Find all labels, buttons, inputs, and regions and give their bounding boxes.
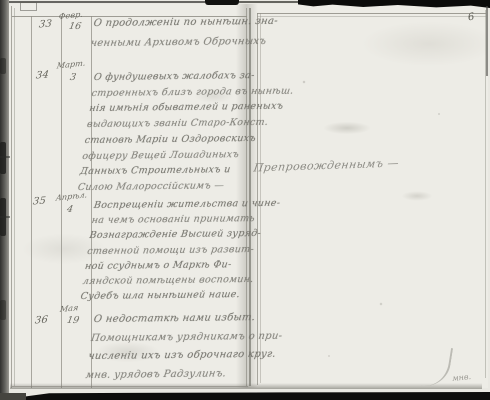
entry-text: Воспрещеніи жительства и чине-на чемъ ос…: [79, 196, 281, 305]
gutter-smudge: [0, 58, 6, 74]
gutter-smudge: [0, 142, 6, 174]
column-rule-2: [61, 16, 62, 388]
handwritten-line: численіи ихъ изъ оброчнаго круг.: [87, 346, 281, 367]
entry-number: 34: [35, 70, 49, 82]
binding-gutter-strip: [0, 0, 9, 400]
handwritten-line: мнв. урядовъ Радзулинъ.: [84, 364, 278, 385]
scan-right-edge: [486, 6, 488, 76]
left-page-edge-line-2: [14, 8, 15, 386]
handwritten-line: ченными Архивомъ Оброчныхъ: [89, 32, 276, 54]
handwritten-line: О продолженіи по нынѣшн. зна-: [92, 12, 279, 34]
scan-top-blot: [205, 0, 239, 5]
entry-date-day: 16: [68, 21, 82, 32]
handwritten-line: О недостаткѣ нами избыт.: [92, 309, 286, 330]
corner-stamp-mark: [20, 2, 37, 11]
entry-number: 33: [38, 19, 52, 31]
entry-text: О фундушевыхъ жалобахъ за-строенныхъ бли…: [77, 68, 297, 196]
scanned-archival-register: 6 33 Февр. 16 О продолженіи по нынѣшн. з…: [0, 0, 490, 400]
right-page-top-rule: [257, 13, 486, 14]
scan-top-edge: [239, 1, 300, 3]
gutter-tick: [0, 156, 10, 158]
entry-text: О продолженіи по нынѣшн. зна-ченными Арх…: [89, 12, 279, 54]
scan-bottom-edge-bar: [26, 392, 490, 400]
entry-text: О недостаткѣ нами избыт.Помощникамъ уряд…: [84, 309, 286, 386]
entry-date-day: 19: [66, 315, 80, 326]
scan-bottom-edge: [0, 393, 26, 400]
entry-number: 35: [32, 196, 46, 208]
right-page-top-rule-2: [257, 16, 486, 17]
handwritten-line: Помощникамъ урядникамъ о при-: [90, 327, 284, 348]
left-page-edge-line: [11, 6, 12, 388]
gutter-tick: [0, 216, 10, 218]
entry-number: 36: [34, 315, 48, 327]
scan-top-edge: [9, 1, 205, 3]
handwritten-line: Судебъ шла нынѣшней наше.: [79, 287, 268, 304]
page-bottom-shadow: [10, 383, 482, 389]
gutter-smudge: [0, 300, 6, 320]
handwritten-line: Силою Малороссійскимъ —: [77, 177, 281, 195]
page-number: 6: [467, 12, 475, 24]
